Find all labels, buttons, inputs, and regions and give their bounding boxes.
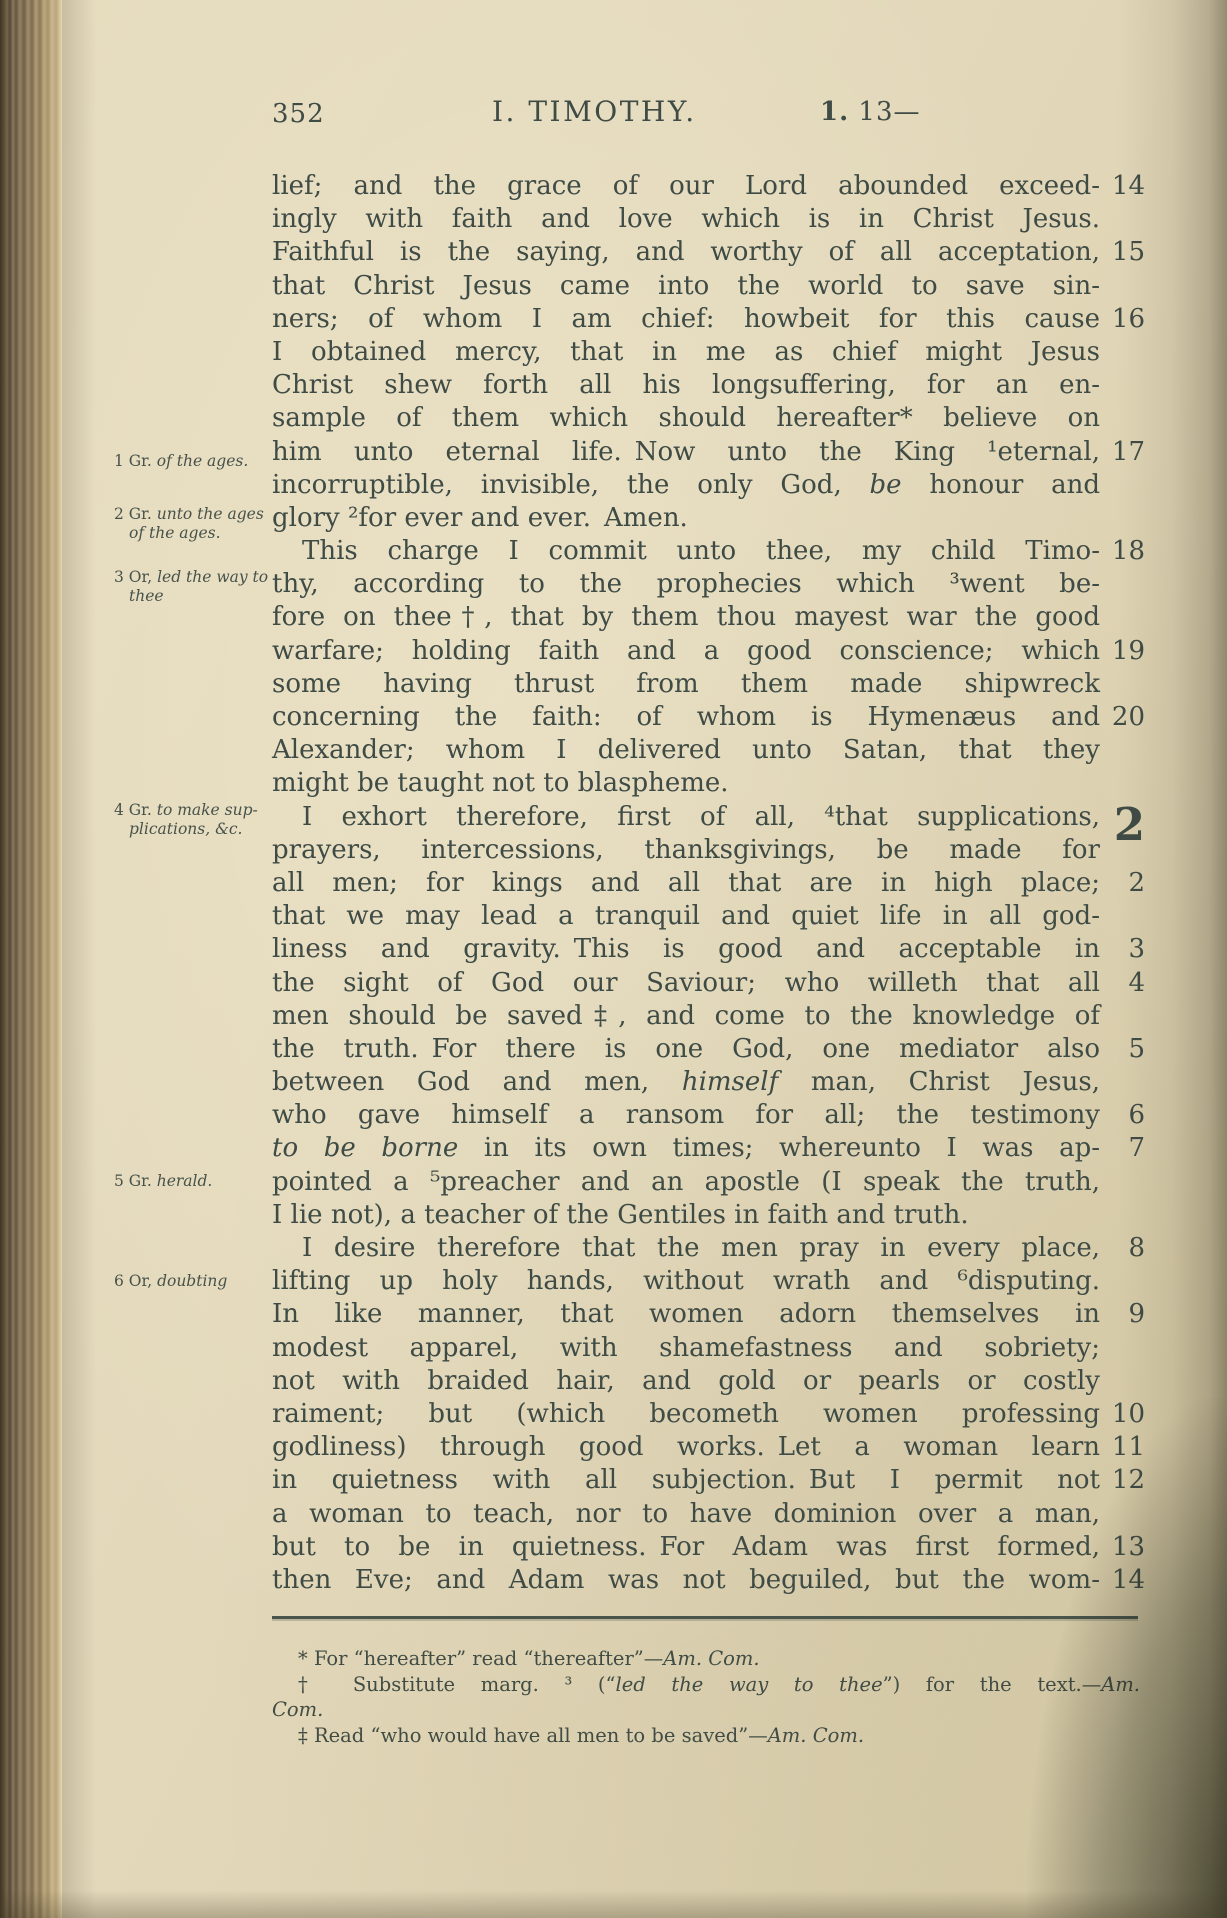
verse-text: modest apparel, with shamefastness and s… bbox=[272, 1332, 1100, 1365]
text-line: might be taught not to blaspheme. bbox=[272, 767, 1145, 800]
verse-text: that we may lead a tranquil and quiet li… bbox=[272, 900, 1100, 933]
footnote-double-dagger: ‡ Read “who would have all men to be sav… bbox=[272, 1723, 1140, 1749]
text-line: Alexander; whom I delivered unto Satan, … bbox=[272, 734, 1145, 767]
verse-text: not with braided hair, and gold or pearl… bbox=[272, 1365, 1100, 1398]
verse-text: might be taught not to blaspheme. bbox=[272, 767, 1100, 800]
verse-text: prayers, intercessions, thanksgivings, b… bbox=[272, 834, 1100, 867]
text-line: that Christ Jesus came into the world to… bbox=[272, 270, 1145, 303]
verse-number: 4 bbox=[1097, 967, 1145, 1000]
book-binding-edge bbox=[0, 0, 62, 1918]
verse-text: but to be in quietness. For Adam was fir… bbox=[272, 1531, 1100, 1564]
verse-text: I lie not), a teacher of the Gentiles in… bbox=[272, 1199, 1100, 1232]
footnote-asterisk: * For “hereafter” read “thereafter”—Am. … bbox=[272, 1646, 1140, 1672]
text-line: him unto eternal life. Now unto the King… bbox=[272, 436, 1145, 469]
footnote-dagger-continuation: Com. bbox=[272, 1697, 1140, 1723]
verse-number: 14 bbox=[1097, 1564, 1145, 1597]
verse-text: pointed a ⁵preacher and an apostle (I sp… bbox=[272, 1166, 1100, 1199]
margin-note-5: 5 Gr. herald. bbox=[114, 1172, 297, 1191]
verse-text: to be borne in its own times; whereunto … bbox=[272, 1132, 1100, 1165]
verse-text: lifting up holy hands, without wrath and… bbox=[272, 1265, 1100, 1298]
gutter-shadow bbox=[62, 0, 96, 1918]
text-line: pointed a ⁵preacher and an apostle (I sp… bbox=[272, 1166, 1145, 1199]
chapter-verse-ref: 1. 13— bbox=[820, 97, 921, 127]
verse-number: 12 bbox=[1097, 1464, 1145, 1497]
text-line: prayers, intercessions, thanksgivings, b… bbox=[272, 834, 1145, 867]
verse-text: Alexander; whom I delivered unto Satan, … bbox=[272, 734, 1100, 767]
page-number: 352 bbox=[272, 99, 325, 129]
footnote-dagger: † Substitute marg. ³ (“led the way to th… bbox=[272, 1672, 1140, 1698]
scanned-book-page: 352 I. TIMOTHY. 1. 13— 1 Gr. of the ages… bbox=[0, 0, 1227, 1918]
text-line: that we may lead a tranquil and quiet li… bbox=[272, 900, 1145, 933]
verse-text: ingly with faith and love which is in Ch… bbox=[272, 203, 1100, 236]
text-line: the truth. For there is one God, one med… bbox=[272, 1033, 1145, 1066]
verse-number: 6 bbox=[1097, 1099, 1145, 1132]
text-line: I lie not), a teacher of the Gentiles in… bbox=[272, 1199, 1145, 1232]
text-line: glory ²for ever and ever. Amen. bbox=[272, 502, 1145, 535]
verse-text: I desire therefore that the men pray in … bbox=[272, 1232, 1100, 1265]
verse-number: 7 bbox=[1097, 1132, 1145, 1165]
text-line: Faithful is the saying, and worthy of al… bbox=[272, 236, 1145, 269]
verse-number: 8 bbox=[1097, 1232, 1145, 1265]
bottom-edge-shadow bbox=[0, 1890, 1227, 1918]
verse-number: 17 bbox=[1097, 436, 1145, 469]
footnotes-block: * For “hereafter” read “thereafter”—Am. … bbox=[272, 1646, 1140, 1748]
text-line: all men; for kings and all that are in h… bbox=[272, 867, 1145, 900]
text-line: then Eve; and Adam was not beguiled, but… bbox=[272, 1564, 1145, 1597]
verse-text: a woman to teach, nor to have dominion o… bbox=[272, 1498, 1100, 1531]
text-line: but to be in quietness. For Adam was fir… bbox=[272, 1531, 1145, 1564]
text-line: raiment; but (which becometh women profe… bbox=[272, 1398, 1145, 1431]
text-line: men should be saved‡, and come to the kn… bbox=[272, 1000, 1145, 1033]
verse-number: 18 bbox=[1097, 535, 1145, 568]
verse-text: sample of them which should hereafter* b… bbox=[272, 402, 1100, 435]
text-line: thy, according to the prophecies which ³… bbox=[272, 568, 1145, 601]
text-line: ners; of whom I am chief: howbeit for th… bbox=[272, 303, 1145, 336]
text-line: to be borne in its own times; whereunto … bbox=[272, 1132, 1145, 1165]
chapter-ref-rest: 13— bbox=[849, 97, 920, 127]
verse-text: I obtained mercy, that in me as chief mi… bbox=[272, 336, 1100, 369]
text-line: ingly with faith and love which is in Ch… bbox=[272, 203, 1145, 236]
verse-text: warfare; holding faith and a good consci… bbox=[272, 635, 1100, 668]
text-line: not with braided hair, and gold or pearl… bbox=[272, 1365, 1145, 1398]
text-line: warfare; holding faith and a good consci… bbox=[272, 635, 1145, 668]
text-line: sample of them which should hereafter* b… bbox=[272, 402, 1145, 435]
margin-note-1: 1 Gr. of the ages. bbox=[114, 452, 297, 471]
text-line: I obtained mercy, that in me as chief mi… bbox=[272, 336, 1145, 369]
text-line: the sight of God our Saviour; who willet… bbox=[272, 967, 1145, 1000]
text-line: between God and men, himself man, Christ… bbox=[272, 1066, 1145, 1099]
verse-number: 14 bbox=[1097, 170, 1145, 203]
footnote-rule bbox=[272, 1616, 1138, 1619]
verse-text: Christ shew forth all his longsuffering,… bbox=[272, 369, 1100, 402]
verse-number: 20 bbox=[1097, 701, 1145, 734]
scripture-text-column: lief; and the grace of our Lord abounded… bbox=[272, 170, 1145, 1597]
running-title: I. TIMOTHY. bbox=[492, 95, 697, 128]
verse-text: lief; and the grace of our Lord abounded… bbox=[272, 170, 1100, 203]
text-line: godliness) through good works. Let a wom… bbox=[272, 1431, 1145, 1464]
text-line: lief; and the grace of our Lord abounded… bbox=[272, 170, 1145, 203]
verse-number: 3 bbox=[1097, 933, 1145, 966]
text-line: some having thrust from them made shipwr… bbox=[272, 668, 1145, 701]
verse-text: men should be saved‡, and come to the kn… bbox=[272, 1000, 1100, 1033]
margin-note-3: 3 Or, led the way tothee bbox=[114, 568, 297, 606]
verse-number: 9 bbox=[1097, 1298, 1145, 1331]
text-line: in quietness with all subjection. But I … bbox=[272, 1464, 1145, 1497]
verse-number: 13 bbox=[1097, 1531, 1145, 1564]
verse-text: godliness) through good works. Let a wom… bbox=[272, 1431, 1100, 1464]
verse-text: I exhort therefore, first of all, ⁴that … bbox=[272, 801, 1100, 834]
text-line: I desire therefore that the men pray in … bbox=[272, 1232, 1145, 1265]
verse-text: raiment; but (which becometh women profe… bbox=[272, 1398, 1100, 1431]
text-line: liness and gravity. This is good and acc… bbox=[272, 933, 1145, 966]
verse-text: that Christ Jesus came into the world to… bbox=[272, 270, 1100, 303]
verse-text: who gave himself a ransom for all; the t… bbox=[272, 1099, 1100, 1132]
verse-text: ners; of whom I am chief: howbeit for th… bbox=[272, 303, 1100, 336]
verse-number: 2 bbox=[1097, 867, 1145, 900]
text-line: incorruptible, invisible, the only God, … bbox=[272, 469, 1145, 502]
verse-text: the truth. For there is one God, one med… bbox=[272, 1033, 1100, 1066]
verse-text: him unto eternal life. Now unto the King… bbox=[272, 436, 1100, 469]
verse-text: This charge I commit unto thee, my child… bbox=[272, 535, 1100, 568]
margin-note-4: 4 Gr. to make sup-plications, &c. bbox=[114, 801, 297, 839]
verse-number: 5 bbox=[1097, 1033, 1145, 1066]
text-line: who gave himself a ransom for all; the t… bbox=[272, 1099, 1145, 1132]
text-line: fore on thee†, that by them thou mayest … bbox=[272, 601, 1145, 634]
text-line: Christ shew forth all his longsuffering,… bbox=[272, 369, 1145, 402]
verse-text: concerning the faith: of whom is Hymenæu… bbox=[272, 701, 1100, 734]
verse-text: thy, according to the prophecies which ³… bbox=[272, 568, 1100, 601]
verse-text: all men; for kings and all that are in h… bbox=[272, 867, 1100, 900]
verse-text: In like manner, that women adorn themsel… bbox=[272, 1298, 1100, 1331]
verse-number: 11 bbox=[1097, 1431, 1145, 1464]
verse-number: 19 bbox=[1097, 635, 1145, 668]
verse-text: fore on thee†, that by them thou mayest … bbox=[272, 601, 1100, 634]
verse-text: between God and men, himself man, Christ… bbox=[272, 1066, 1100, 1099]
chapter-ref-bold: 1. bbox=[820, 97, 849, 127]
text-line: This charge I commit unto thee, my child… bbox=[272, 535, 1145, 568]
text-line: In like manner, that women adorn themsel… bbox=[272, 1298, 1145, 1331]
verse-text: glory ²for ever and ever. Amen. bbox=[272, 502, 1100, 535]
verse-text: liness and gravity. This is good and acc… bbox=[272, 933, 1100, 966]
verse-number: 10 bbox=[1097, 1398, 1145, 1431]
text-line: modest apparel, with shamefastness and s… bbox=[272, 1332, 1145, 1365]
margin-note-2: 2 Gr. unto the agesof the ages. bbox=[114, 505, 297, 543]
margin-note-6: 6 Or, doubting bbox=[114, 1272, 297, 1291]
verse-number: 15 bbox=[1097, 236, 1145, 269]
verse-text: some having thrust from them made shipwr… bbox=[272, 668, 1100, 701]
verse-number: 16 bbox=[1097, 303, 1145, 336]
text-line: a woman to teach, nor to have dominion o… bbox=[272, 1498, 1145, 1531]
text-line: concerning the faith: of whom is Hymenæu… bbox=[272, 701, 1145, 734]
verse-text: Faithful is the saying, and worthy of al… bbox=[272, 236, 1100, 269]
verse-text: in quietness with all subjection. But I … bbox=[272, 1464, 1100, 1497]
text-line: I exhort therefore, first of all, ⁴that … bbox=[272, 801, 1145, 834]
text-line: lifting up holy hands, without wrath and… bbox=[272, 1265, 1145, 1298]
verse-text: then Eve; and Adam was not beguiled, but… bbox=[272, 1564, 1100, 1597]
verse-text: the sight of God our Saviour; who willet… bbox=[272, 967, 1100, 1000]
verse-text: incorruptible, invisible, the only God, … bbox=[272, 469, 1100, 502]
